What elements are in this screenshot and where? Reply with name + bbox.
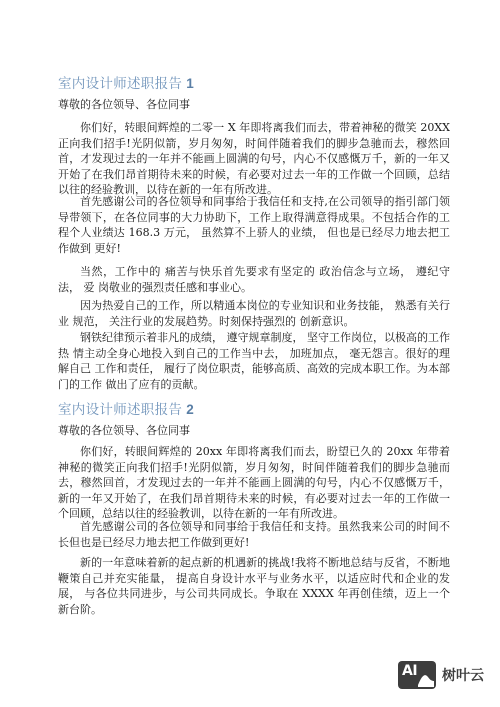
section-2-salutation: 尊敬的各位领导、各位同事	[58, 422, 190, 438]
section-1-paragraph-2: 首先感谢公司的各位领导和同事给于我信任和支持,在公司领导的指引部门领导带领下，在…	[58, 194, 450, 256]
section-1-title-text: 室内设计师述职报告	[58, 76, 182, 92]
watermark: AI 树叶云	[398, 661, 484, 689]
section-1-number: 1	[186, 76, 194, 91]
section-1-paragraph-4: 因为热爱自己的工作，所以精通本岗位的专业知识和业务技能， 熟悉有关行业 规范， …	[58, 298, 450, 329]
section-1-paragraph-5: 钢铁纪律预示着非凡的成绩， 遵守规章制度， 坚守工作岗位，以极高的工作热 情主动…	[58, 330, 450, 392]
mountain-icon	[398, 661, 436, 689]
section-1-paragraph-3: 当然，工作中的 痛苦与快乐首先要求有坚定的 政治信念与立场， 遵纪守法， 爱 岗…	[58, 264, 450, 295]
section-1-salutation: 尊敬的各位领导、各位同事	[58, 96, 190, 112]
section-2-paragraph-2: 首先感谢公司的各位领导和同事给于我信任和支持。虽然我来公司的时间不长但也是已经尽…	[58, 519, 450, 550]
section-2-number: 2	[186, 402, 194, 417]
watermark-brand: 树叶云	[442, 665, 484, 685]
section-1-paragraph-1: 你们好，转眼间辉煌的二零一 X 年即将离我们而去，带着神秘的微笑 20XX 正向…	[58, 120, 450, 198]
section-2-title-text: 室内设计师述职报告	[58, 402, 182, 418]
section-2-paragraph-1: 你们好，转眼间辉煌的 20xx 年即将离我们而去，盼望已久的 20xx 年带着神…	[58, 444, 450, 522]
section-2-paragraph-3: 新的一年意味着新的起点新的机遇新的挑战!我将不断地总结与反省，不断地鞭策自己并充…	[58, 555, 450, 617]
section-2-title: 室内设计师述职报告2	[58, 398, 194, 418]
section-1-title: 室内设计师述职报告1	[58, 72, 194, 92]
ai-logo-icon: AI	[398, 661, 436, 689]
